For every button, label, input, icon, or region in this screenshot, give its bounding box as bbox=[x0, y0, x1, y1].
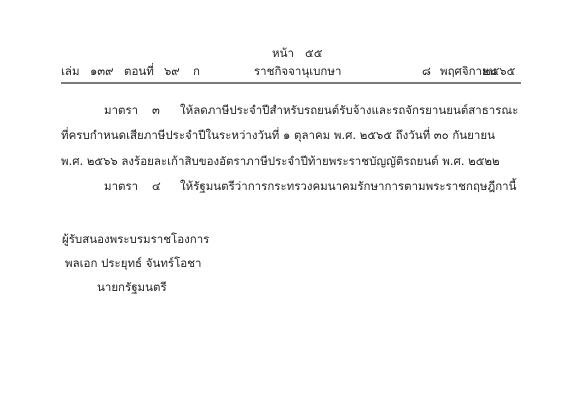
section-4-number: ๔ bbox=[152, 179, 161, 193]
section-4-line-1: ให้รัฐมนตรีว่าการกระทรวงคมนาคมรักษาการตา… bbox=[180, 179, 517, 193]
page-label: หน้า bbox=[272, 46, 294, 60]
signatory-title: นายกรัฐมนตรี bbox=[97, 280, 167, 294]
volume-number: ๑๓๙ bbox=[90, 64, 114, 78]
volume-label: เล่ม bbox=[61, 64, 80, 78]
section-3-line-1: ให้ลดภาษีประจำปีสำหรับรถยนต์รับจ้างและรถ… bbox=[180, 103, 518, 117]
section-3-line-2: ที่ครบกำหนดเสียภาษีประจำปีในระหว่างวันที… bbox=[61, 128, 495, 142]
signatory-name: พลเอก ประยุทธ์ จันทร์โอชา bbox=[65, 256, 201, 270]
issue-number: ๖๙ bbox=[164, 64, 180, 78]
header-rule bbox=[61, 82, 521, 84]
section-4-label: มาตรา bbox=[104, 179, 138, 193]
date-day: ๘ bbox=[422, 64, 431, 78]
publication-name: ราชกิจจานุเบกษา bbox=[254, 64, 341, 78]
section-3-number: ๓ bbox=[152, 103, 160, 117]
date-year: ๒๕๖๕ bbox=[483, 64, 515, 78]
section-3-label: มาตรา bbox=[104, 103, 138, 117]
section-3-line-3: พ.ศ. ๒๕๖๖ ลงร้อยละเก้าสิบของอัตราภาษีประ… bbox=[61, 154, 500, 168]
issue-label: ตอนที่ bbox=[124, 64, 154, 78]
issue-section: ก bbox=[193, 64, 200, 78]
page-number: ๕๕ bbox=[305, 46, 322, 60]
countersign-label: ผู้รับสนองพระบรมราชโองการ bbox=[62, 232, 209, 246]
